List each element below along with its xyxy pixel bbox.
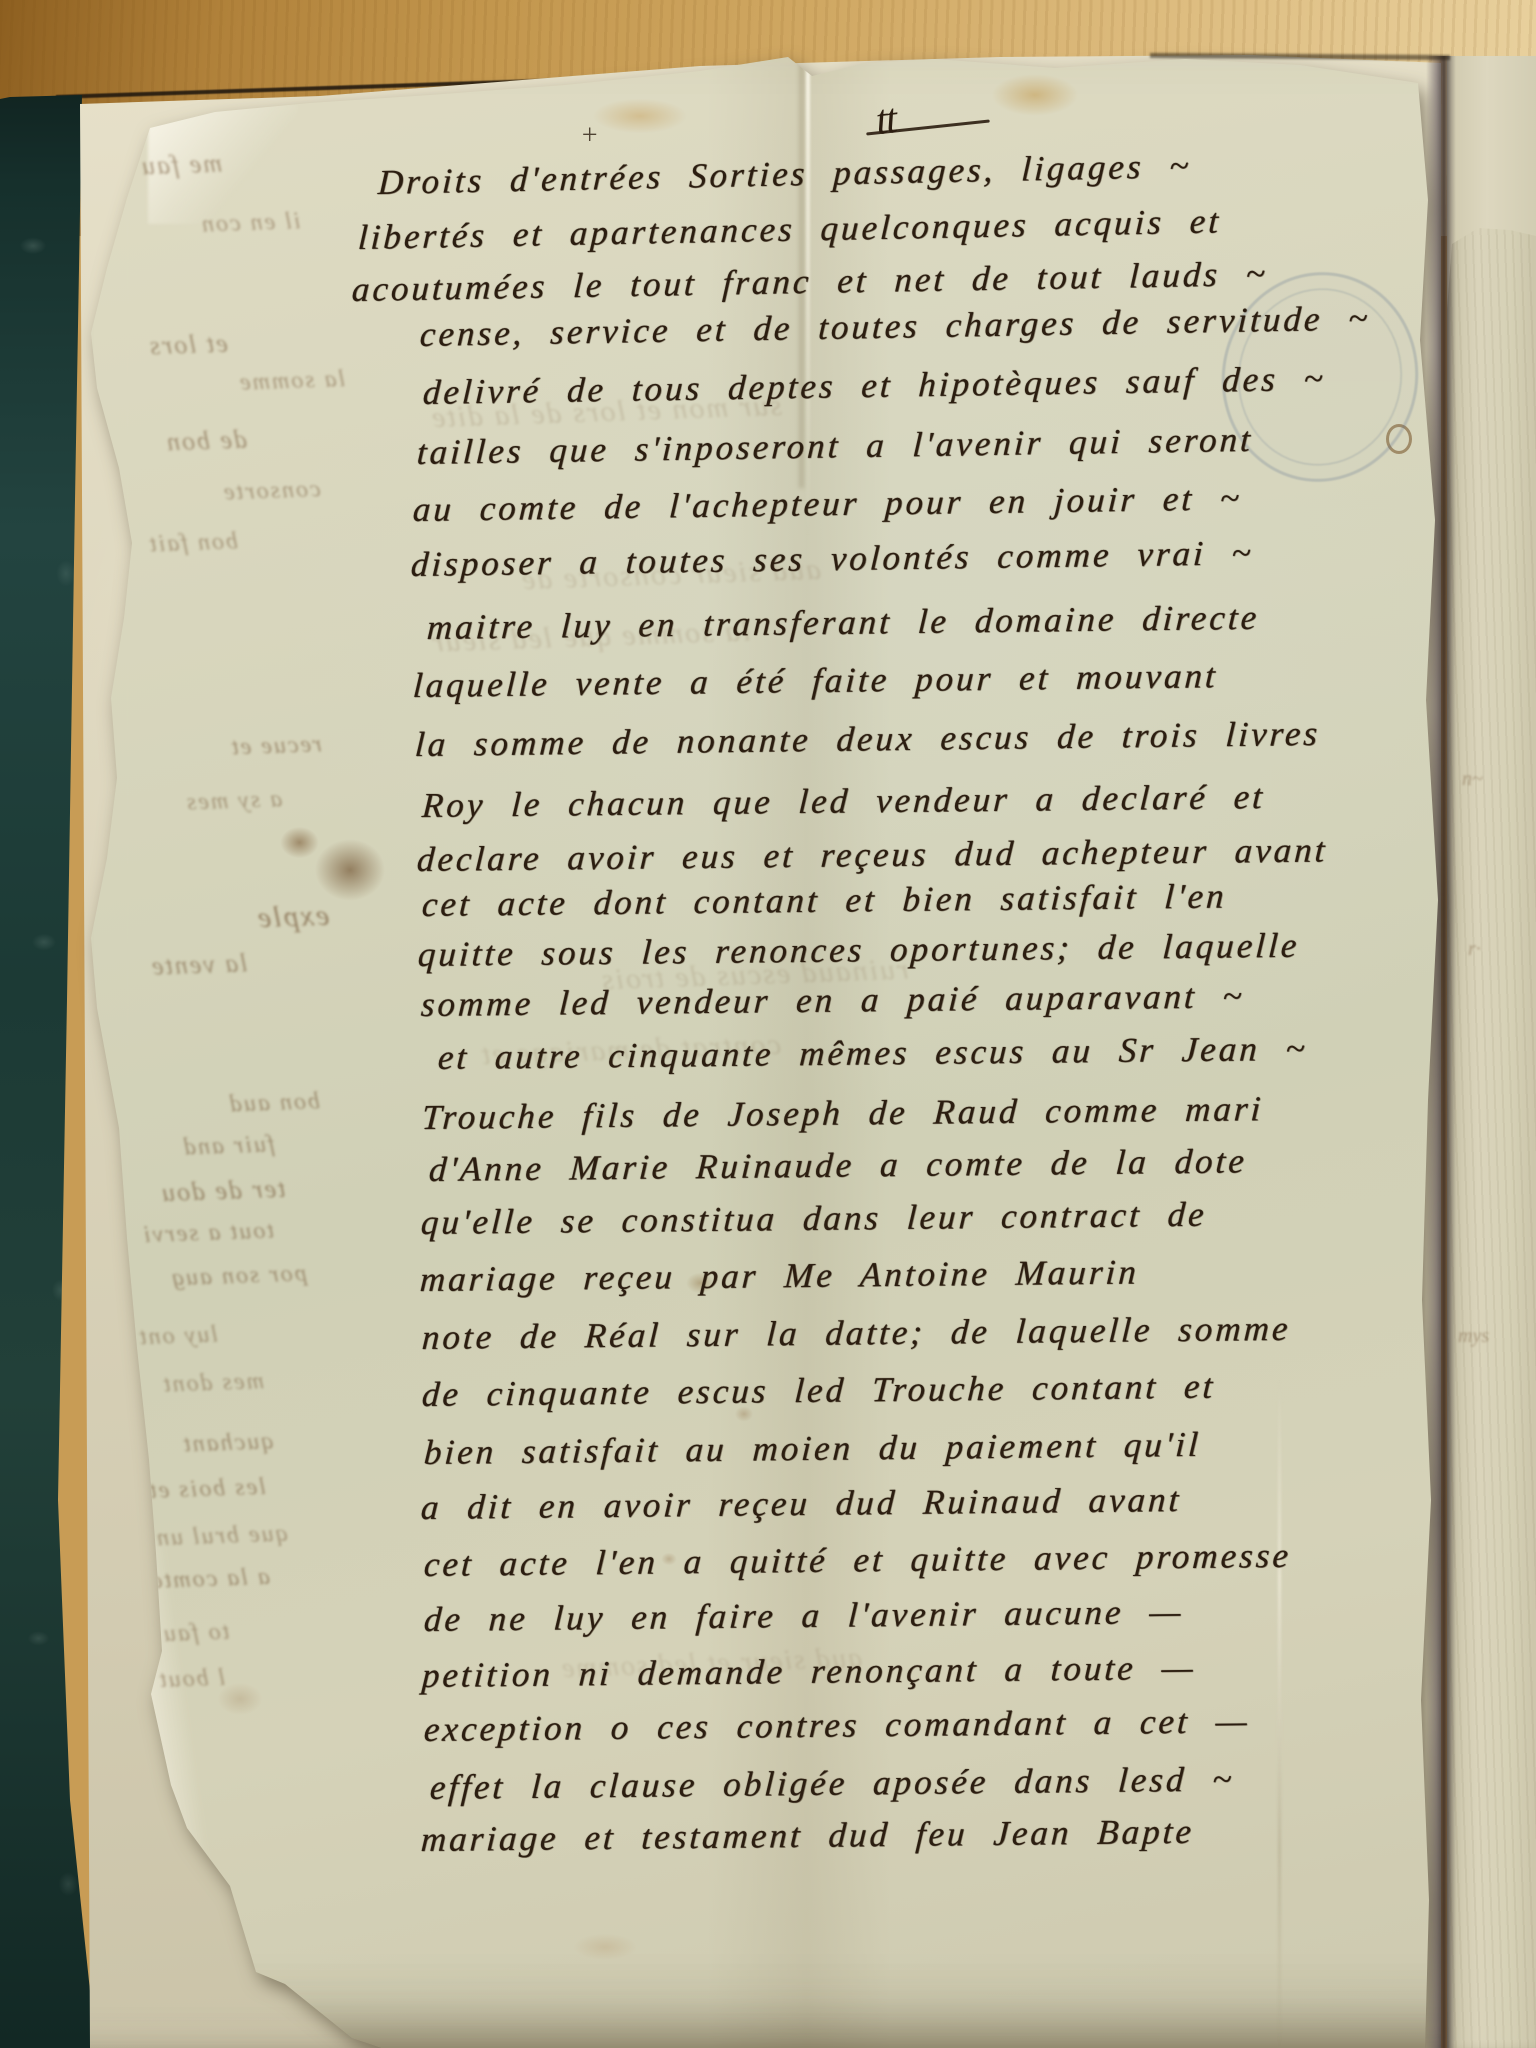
manuscript-line: petition ni demande renonçant a toute — (421, 1648, 1197, 1696)
manuscript-line: cet acte dont contant et bien satisfait … (421, 877, 1228, 925)
photo-scene: me fauil en conet lorsla sommede boncons… (0, 0, 1536, 2048)
manuscript-page-wrap: me fauil en conet lorsla sommede boncons… (0, 0, 1536, 2048)
manuscript-line: Droits d'entrées Sorties passages, ligag… (377, 146, 1192, 203)
manuscript-line: qu'elle se constitua dans leur contract … (420, 1195, 1208, 1243)
cross-mark: + (580, 120, 599, 152)
manuscript-line: bien satisfait au moien du paiement qu'i… (423, 1425, 1202, 1473)
manuscript-line: mariage et testament dud feu Jean Bapte (420, 1812, 1195, 1860)
manuscript-line: a dit en avoir reçeu dud Ruinaud avant (420, 1480, 1183, 1528)
manuscript-line: et autre cinquante mêmes escus au Sr Jea… (437, 1029, 1309, 1078)
manuscript-line: maitre luy en transferant le domaine dir… (426, 598, 1261, 648)
manuscript-line: laquelle vente a été faite pour et mouva… (412, 656, 1219, 706)
manuscript-line: disposer a toutes ses volontés comme vra… (410, 533, 1255, 585)
manuscript-line: cense, service et de toutes charges de s… (419, 298, 1371, 355)
manuscript-line: acoutumées le tout franc et net de tout … (351, 254, 1269, 310)
manuscript-line: exception o ces contres comandant a cet … (423, 1701, 1251, 1750)
manuscript-line: tailles que s'inposeront a l'avenir qui … (416, 420, 1254, 473)
manuscript-line: mariage reçeu par Me Antoine Maurin (419, 1252, 1140, 1300)
manuscript-line: quitte sous les renonces oportunes; de l… (417, 926, 1301, 975)
manuscript-line: la somme de nonante deux escus de trois … (414, 714, 1322, 765)
manuscript-line: Roy le chacun que led vendeur a declaré … (421, 777, 1266, 826)
manuscript-line: libertés et apartenances quelconques acq… (357, 201, 1222, 258)
manuscript-page: me fauil en conet lorsla sommede boncons… (0, 0, 1536, 2048)
manuscript-line: cet acte l'en a quitté et quitte avec pr… (423, 1536, 1292, 1585)
manuscript-line: somme led vendeur en a paié auparavant ~ (420, 976, 1246, 1025)
manuscript-line: note de Réal sur la datte; de laquelle s… (421, 1309, 1292, 1358)
manuscript-line: de ne luy en faire a l'avenir aucune — (423, 1592, 1185, 1640)
manuscript-line: declare avoir eus et reçeus dud achepteu… (416, 830, 1329, 880)
manuscript-line: delivré de tous deptes et hipotèques sau… (422, 359, 1327, 413)
manuscript-line: effet la clause obligée aposée dans lesd… (429, 1760, 1236, 1808)
manuscript-line: au comte de l'achepteur pour en jouir et… (412, 478, 1243, 530)
manuscript-line: de cinquante escus led Trouche contant e… (421, 1367, 1217, 1415)
manuscript-line: d'Anne Marie Ruinaude a comte de la dote (428, 1141, 1248, 1190)
manuscript-text: Droits d'entrées Sorties passages, ligag… (0, 0, 1536, 2048)
manuscript-line: Trouche fils de Joseph de Raud comme mar… (421, 1089, 1265, 1138)
